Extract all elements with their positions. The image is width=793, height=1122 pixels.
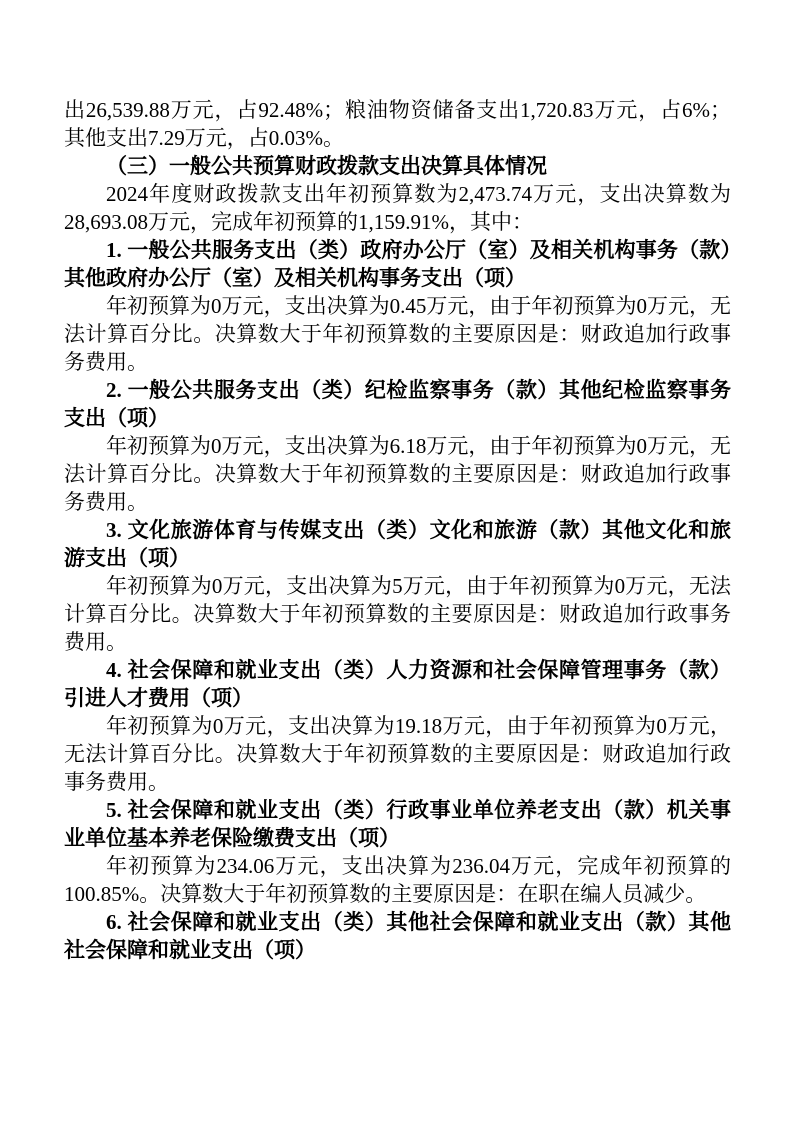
heading-item-3-culture-tourism: 3. 文化旅游体育与传媒支出（类）文化和旅游（款）其他文化和旅游支出（项） [64, 516, 731, 572]
document-page: 出26,539.88万元，占92.48%；粮油物资储备支出1,720.83万元，… [0, 0, 793, 1122]
heading-item-1-general-public-services: 1. 一般公共服务支出（类）政府办公厅（室）及相关机构事务（款）其他政府办公厅（… [64, 236, 731, 292]
paragraph-carryover-expenditure-shares: 出26,539.88万元，占92.48%；粮油物资储备支出1,720.83万元，… [64, 96, 731, 152]
heading-item-4-social-security-talent: 4. 社会保障和就业支出（类）人力资源和社会保障管理事务（款）引进人才费用（项） [64, 656, 731, 712]
paragraph-item-3-detail: 年初预算为0万元，支出决算为5万元，由于年初预算为0万元，无法计算百分比。决算数… [64, 572, 731, 656]
paragraph-item-5-detail: 年初预算为234.06万元，支出决算为236.04万元，完成年初预算的100.8… [64, 852, 731, 908]
paragraph-item-2-detail: 年初预算为0万元，支出决算为6.18万元，由于年初预算为0万元，无法计算百分比。… [64, 432, 731, 516]
heading-item-2-discipline-inspection: 2. 一般公共服务支出（类）纪检监察事务（款）其他纪检监察事务支出（项） [64, 376, 731, 432]
heading-section-3-fiscal-appropriation-details: （三）一般公共预算财政拨款支出决算具体情况 [64, 152, 731, 180]
paragraph-item-1-detail: 年初预算为0万元，支出决算为0.45万元，由于年初预算为0万元，无法计算百分比。… [64, 292, 731, 376]
heading-item-5-pension-contribution: 5. 社会保障和就业支出（类）行政事业单位养老支出（款）机关事业单位基本养老保险… [64, 796, 731, 852]
paragraph-2024-budget-summary: 2024年度财政拨款支出年初预算数为2,473.74万元，支出决算数为28,69… [64, 180, 731, 236]
heading-item-6-other-social-security: 6. 社会保障和就业支出（类）其他社会保障和就业支出（款）其他社会保障和就业支出… [64, 908, 731, 964]
paragraph-item-4-detail: 年初预算为0万元，支出决算为19.18万元，由于年初预算为0万元，无法计算百分比… [64, 712, 731, 796]
